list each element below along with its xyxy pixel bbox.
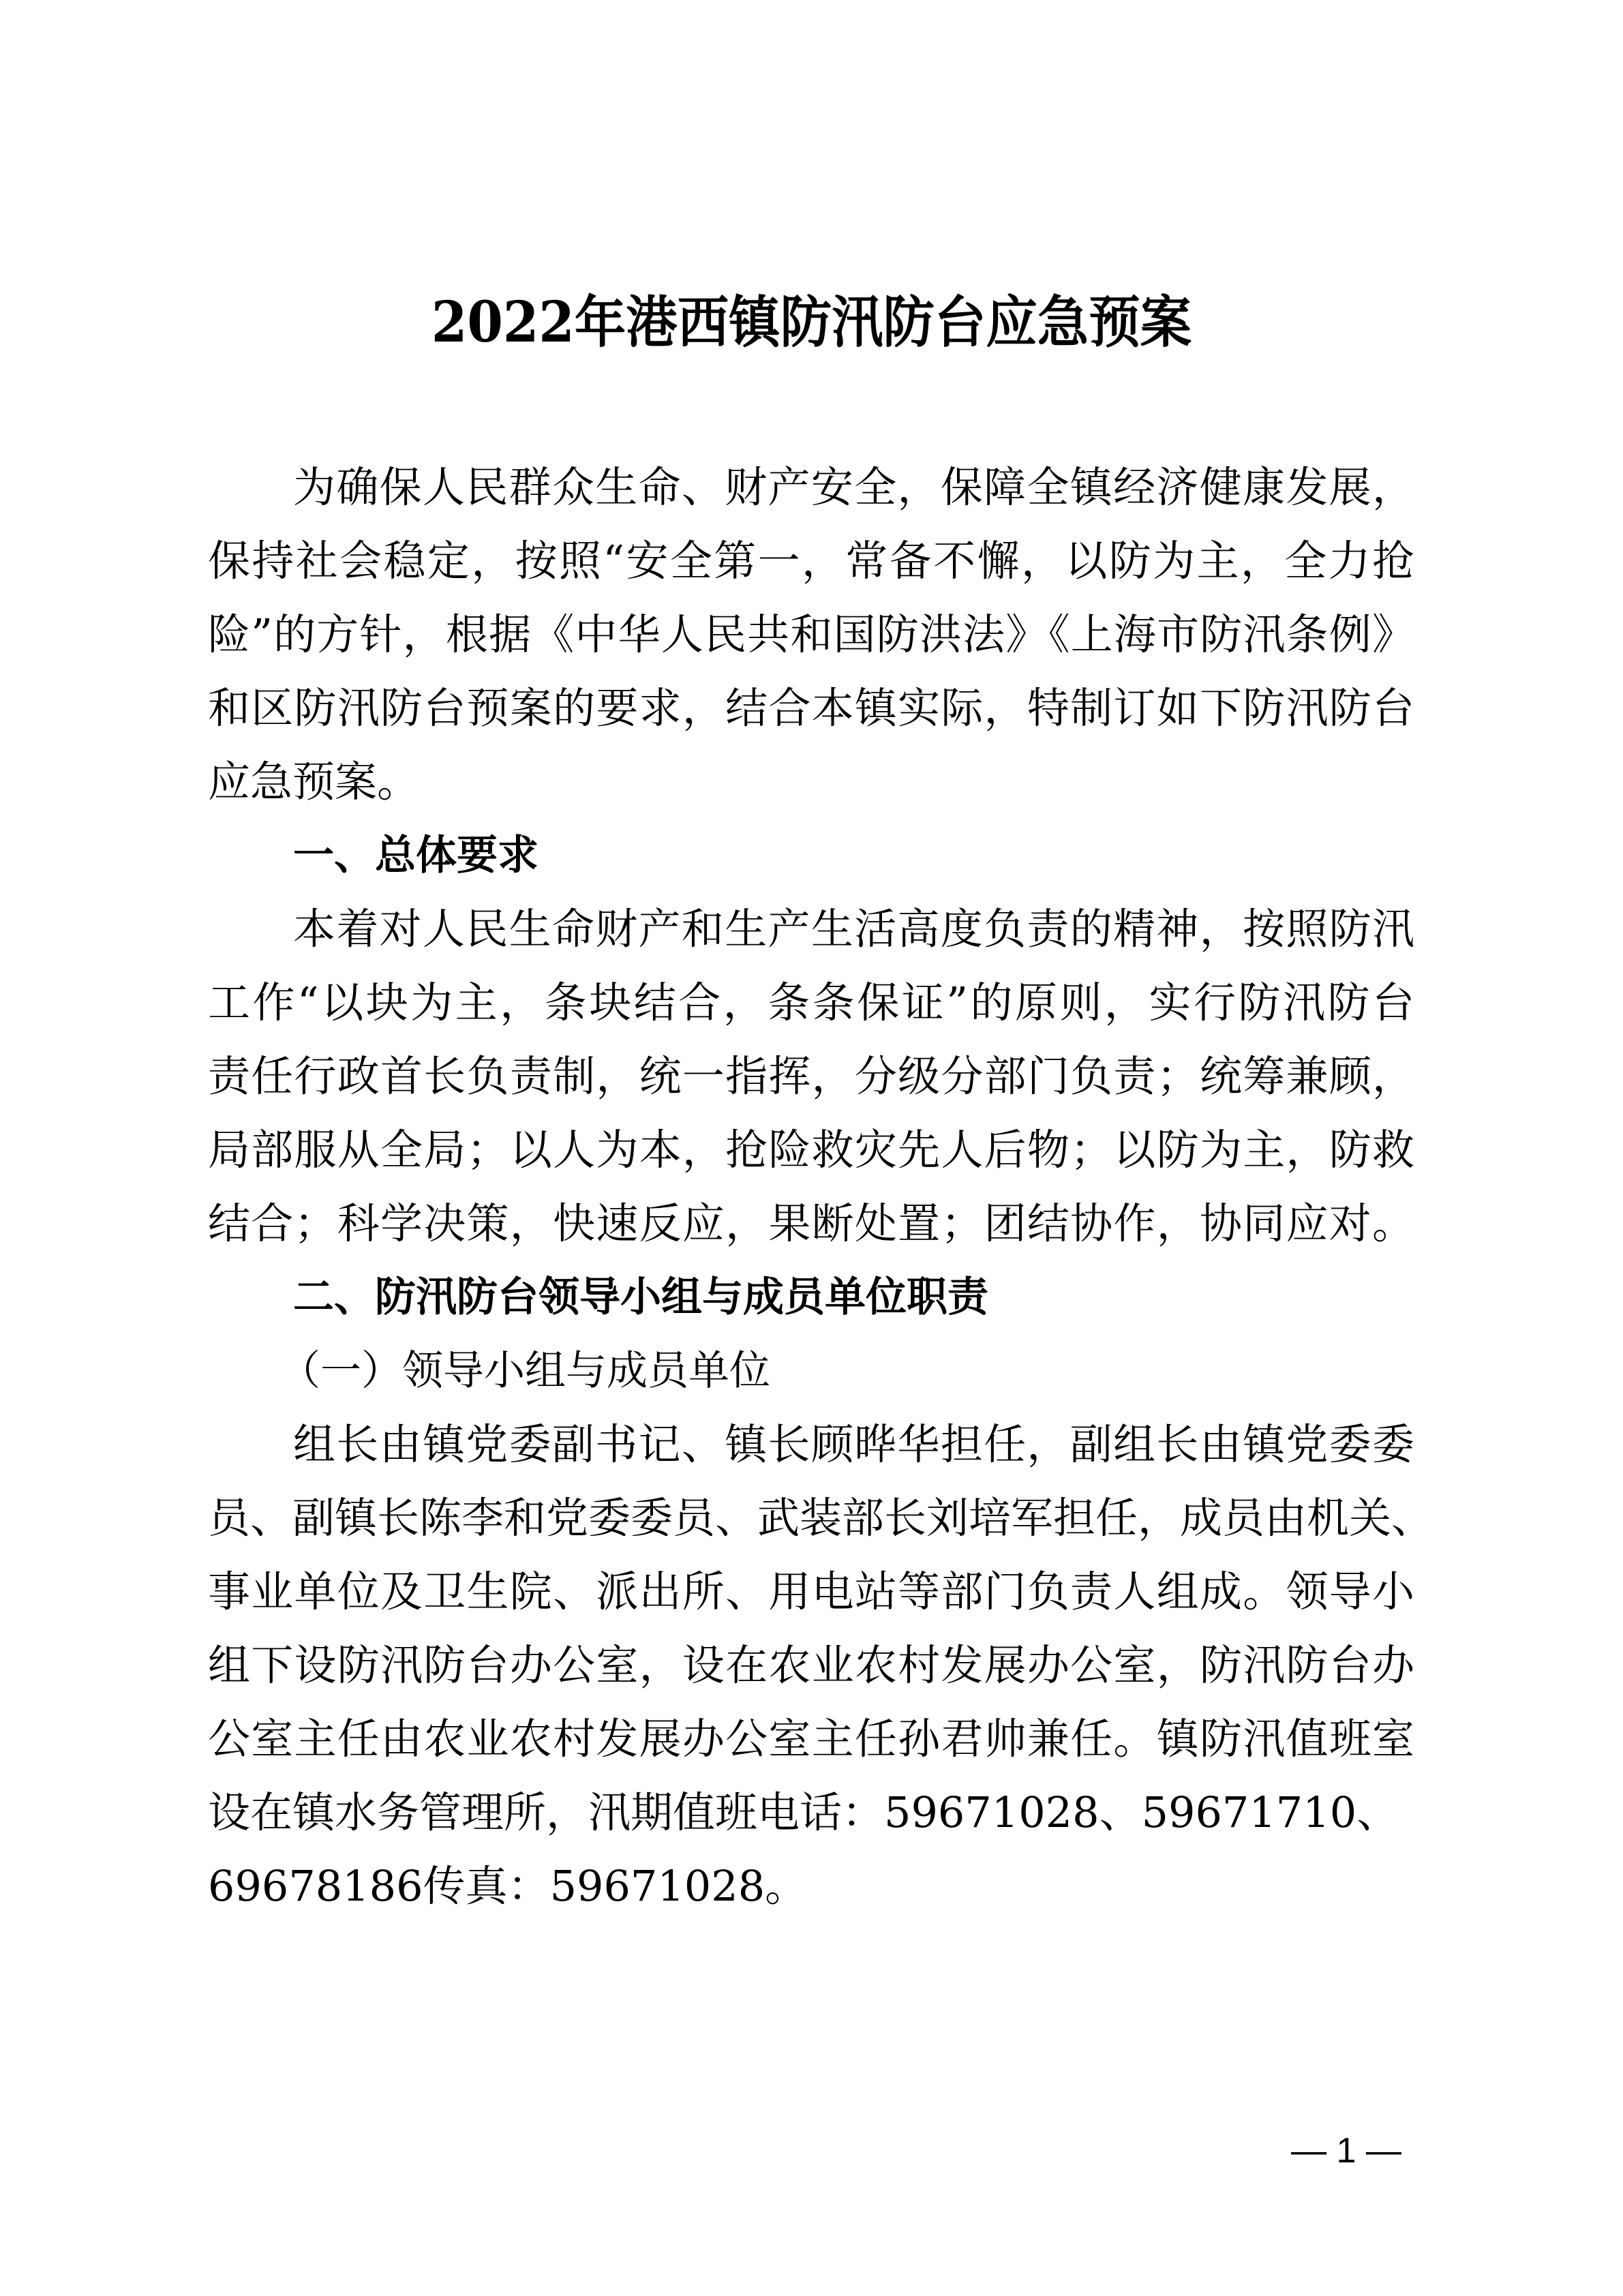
section-1-line-1: 本着对人民生命财产和生产生活高度负责的精神，按照防汛 <box>293 895 1414 963</box>
section-1-heading: 一、总体要求 <box>293 821 539 890</box>
subsection-1-line-6: 设在镇水务管理所，汛期值班电话：59671028、59671710、 <box>208 1779 1397 1847</box>
section-1-line-2: 工作“以块为主，条块结合，条条保证”的原则，实行防汛防台 <box>208 969 1414 1037</box>
page-number: — 1 — <box>1261 2124 1431 2178</box>
subsection-1-heading: （一）领导小组与成员单位 <box>279 1337 770 1405</box>
intro-line-1: 为确保人民群众生命、财产安全，保障全镇经济健康发展， <box>293 453 1414 522</box>
subsection-1-line-2: 员、副镇长陈李和党委委员、武装部长刘培军担任，成员由机关、 <box>208 1484 1414 1552</box>
subsection-1-line-4: 组下设防汛防台办公室，设在农业农村发展办公室，防汛防台办 <box>208 1631 1414 1700</box>
intro-line-2: 保持社会稳定，按照“安全第一，常备不懈，以防为主，全力抢 <box>208 527 1414 595</box>
subsection-1-line-7: 69678186传真：59671028。 <box>208 1852 1414 1920</box>
subsection-1-line-1: 组长由镇党委副书记、镇长顾晔华担任，副组长由镇党委委 <box>293 1410 1414 1479</box>
intro-line-4: 和区防汛防台预案的要求，结合本镇实际，特制订如下防汛防台 <box>208 674 1414 742</box>
section-1-line-3: 责任行政首长负责制，统一指挥，分级分部门负责；统筹兼顾， <box>208 1042 1414 1111</box>
intro-line-3: 险”的方针，根据《中华人民共和国防洪法》《上海市防汛条例》 <box>208 601 1414 669</box>
section-2-heading: 二、防汛防台领导小组与成员单位职责 <box>293 1263 988 1331</box>
subsection-1-line-5: 公室主任由农业农村发展办公室主任孙君帅兼任。镇防汛值班室 <box>208 1705 1414 1773</box>
section-1-line-4: 局部服从全局；以人为本，抢险救灾先人后物；以防为主，防救 <box>208 1116 1414 1184</box>
section-1-line-5: 结合；科学决策，快速反应，果断处置；团结协作，协同应对。 <box>208 1190 1414 1258</box>
document-title: 2022年港西镇防汛防台应急预案 <box>65 285 1558 360</box>
document-page: 2022年港西镇防汛防台应急预案 为确保人民群众生命、财产安全，保障全镇经济健康… <box>0 0 1623 2296</box>
intro-line-5: 应急预案。 <box>208 748 1414 816</box>
subsection-1-line-3: 事业单位及卫生院、派出所、用电站等部门负责人组成。领导小 <box>208 1558 1414 1626</box>
